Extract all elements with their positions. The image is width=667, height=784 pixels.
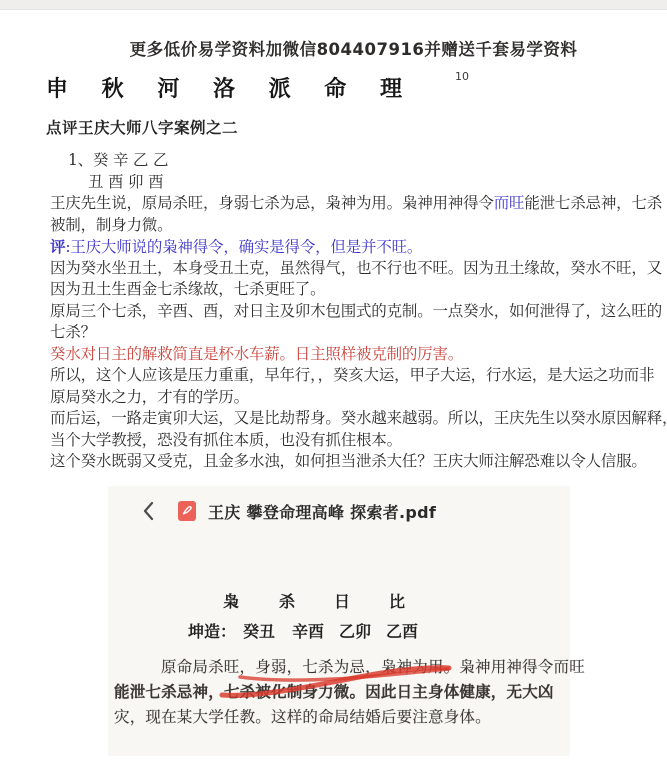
pillar-day: 乙卯: [339, 619, 371, 642]
body-line: 因为癸水坐丑土，本身受丑土克，虽然得气，也不行也不旺。因为丑土缘故，癸水不旺，又: [50, 258, 642, 280]
pdf-file-name: 王庆 攀登命理高峰 探索者.pdf: [208, 500, 436, 523]
ten-god-header: 杀: [279, 589, 295, 612]
pillar-year: 癸丑: [243, 619, 275, 642]
window-top-edge: [0, 0, 667, 10]
body-line: 原局三个七杀，辛酉、酉，对日主及卯木包围式的克制。一点癸水，如何泄得了，这么旺的: [50, 301, 642, 323]
page-title: 申 秋 河 洛 派 命 理: [46, 72, 415, 103]
scan-text-line: 灾，现在某大学任教。这样的命局结婚后要注意身体。: [114, 705, 491, 727]
body-line: 1、癸 辛 乙 乙: [50, 150, 642, 172]
scan-text-line: 能泄七杀忌神，七杀被化制身力微。因此日主身体健康，无大凶: [114, 680, 554, 702]
body-line: 七杀？: [50, 322, 642, 344]
body-line: 因为丑土生酉金七杀缘故，七杀更旺了。: [50, 279, 642, 301]
chart-type-label: 坤造：: [188, 619, 236, 642]
body-line: 所以，这个人应该是压力重重，早年行，，癸亥大运，甲子大运，行水运，是大运之功而非: [50, 365, 642, 387]
commentary-text-block: 1、癸 辛 乙 乙丑 酉 卯 酉王庆先生说，原局杀旺，身弱七杀为忌，枭神为用。枭…: [50, 150, 642, 473]
ten-god-header: 枭: [223, 589, 239, 612]
promo-banner-text: 更多低价易学资料加微信804407916并赠送千套易学资料: [20, 36, 667, 60]
scan-text-line: 原命局杀旺，身弱，七杀为忌，枭神为用。枭神用神得令而旺: [161, 655, 585, 677]
body-line: 王庆先生说，原局杀旺，身弱七杀为忌，枭神为用。枭神用神得令而旺能泄七杀忌神，七杀: [50, 193, 642, 215]
document-page: 更多低价易学资料加微信804407916并赠送千套易学资料 申 秋 河 洛 派 …: [0, 0, 667, 784]
body-line: 原局癸水之力，才有的学历。: [50, 387, 642, 409]
page-number: 10: [455, 70, 469, 83]
pdf-file-icon: [178, 501, 196, 521]
ten-god-header: 比: [389, 589, 405, 612]
body-line: 丑 酉 卯 酉: [50, 172, 642, 194]
body-line: 这个癸水既弱又受克，且金多水浊，如何担当泄杀大任？王庆大师注解恐难以令人信服。: [50, 451, 642, 473]
body-line: 被制，制身力微。: [50, 215, 642, 237]
section-subtitle: 点评王庆大师八字案例之二: [46, 116, 238, 138]
body-line: 而后运，一路走寅卯大运，又是比劫帮身。癸水越来越弱。所以，王庆先生以癸水原因解释…: [50, 408, 642, 430]
embedded-pdf-viewer-screenshot: 王庆 攀登命理高峰 探索者.pdf 枭 杀 日 比 坤造： 癸丑 辛酉 乙卯 乙…: [108, 486, 570, 756]
body-line: 评:王庆大师说的枭神得令，确实是得令，但是并不旺。: [50, 236, 642, 258]
pillar-hour: 乙酉: [386, 619, 418, 642]
ten-god-header: 日: [334, 589, 350, 612]
pillar-month: 辛酉: [292, 619, 324, 642]
chevron-left-icon: [142, 501, 154, 521]
body-line: 当个大学教授，恐没有抓住本质，也没有抓住根本。: [50, 430, 642, 452]
body-line: 癸水对日主的解救简直是杯水车薪。日主照样被克制的厉害。: [50, 344, 642, 366]
pdf-viewer-header: 王庆 攀登命理高峰 探索者.pdf: [108, 499, 570, 525]
